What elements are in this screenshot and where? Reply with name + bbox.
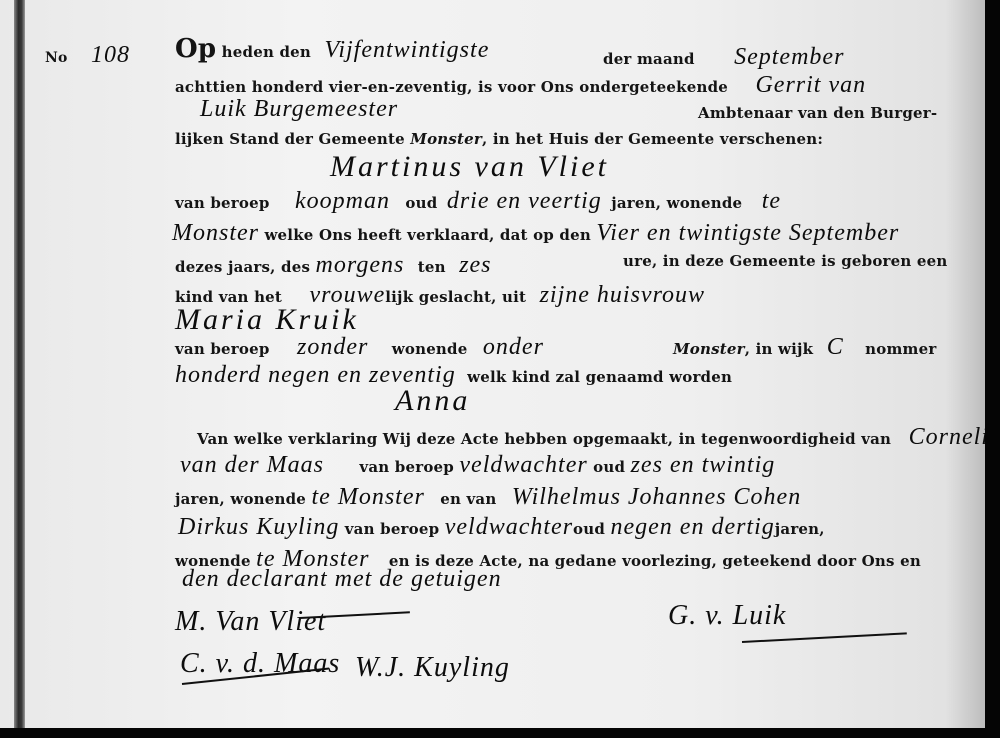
closing-handwritten: den declarant met de getuigen (182, 566, 502, 592)
declarant-residence: Monster (172, 220, 259, 246)
signature-official: G. v. Luik (668, 600, 786, 632)
signature-witness2: W.J. Kuyling (355, 652, 510, 684)
printed-text: oud (593, 458, 625, 476)
printed-text: achttien honderd vier-en-zeventig, is vo… (175, 78, 728, 96)
line-8: dezes jaars, des morgens ten zes (175, 252, 492, 279)
birth-date: Vier en twintigste September (596, 220, 899, 246)
printed-text: jaren, (775, 520, 825, 538)
time-of-day: morgens (316, 252, 405, 278)
printed-text: welke Ons heeft verklaard, dat op den (264, 226, 591, 244)
line-2: achttien honderd vier-en-zeventig, is vo… (175, 72, 866, 99)
printed-text: lijk geslacht, uit (385, 288, 526, 306)
printed-text: der maand (603, 50, 695, 68)
child-name: Anna (395, 384, 470, 417)
printed-text: , in het Huis der Gemeente verschenen: (482, 130, 823, 148)
official-name-1: Gerrit van (755, 72, 866, 98)
line-10: Maria Kruik (175, 303, 359, 337)
te-handwritten: te (762, 188, 781, 214)
printed-text: welk kind zal genaamd worden (467, 368, 732, 386)
declarant-age: drie en veertig (447, 188, 602, 214)
printed-text: wonende (392, 340, 468, 358)
mother-name: Maria Kruik (175, 303, 359, 336)
printed-text: Ambtenaar van den Burger- (698, 104, 937, 122)
printed-text: en van (440, 490, 496, 508)
printed-text: oud (573, 520, 605, 538)
line-19: den declarant met de getuigen (182, 566, 502, 593)
signature-declarant: M. Van Vliet (175, 606, 326, 638)
municipality-printed: Monster (673, 340, 745, 358)
declarant-occupation: koopman (295, 188, 390, 214)
line-3-text: Ambtenaar van den Burger- (698, 104, 937, 122)
printed-text: ten (418, 258, 446, 276)
line-5: Martinus van Vliet (330, 150, 609, 184)
printed-text: van beroep (345, 520, 440, 538)
line-6: van beroep koopman oud drie en veertig j… (175, 188, 781, 215)
printed-text: heden den (222, 43, 311, 61)
declarant-name: Martinus van Vliet (330, 150, 609, 183)
printed-text: nommer (865, 340, 936, 358)
printed-text: lijken Stand der Gemeente (175, 130, 405, 148)
witness2-firstnames: Wilhelmus Johannes Cohen (512, 484, 801, 510)
line-11-text: Monster, in wijk C nommer (673, 334, 936, 361)
line-11: van beroep zonder wonende onder (175, 334, 544, 361)
witness2-occupation: veldwachter (445, 514, 573, 540)
line-15: van der Maas van beroep veldwachter oud … (180, 452, 775, 479)
witness1-firstname: Cornelis (909, 424, 985, 450)
printed-text: oud (405, 194, 437, 212)
printed-text: van beroep (359, 458, 454, 476)
mother-occupation: zonder (297, 334, 368, 360)
line-7: Monster welke Ons heeft verklaard, dat o… (172, 220, 899, 247)
signature-witness2-text: W.J. Kuyling (355, 652, 510, 683)
line-4: lijken Stand der Gemeente Monster, in he… (175, 130, 823, 148)
printed-text: van beroep (175, 340, 270, 358)
official-name-2: Luik Burgemeester (200, 96, 398, 122)
printed-text: jaren, wonende (611, 194, 742, 212)
witness2-surname: Dirkus Kuyling (178, 514, 339, 540)
witness1-occupation: veldwachter (459, 452, 587, 478)
number-label: No (45, 50, 68, 66)
signature-declarant-text: M. Van Vliet (175, 606, 326, 637)
month-handwritten: September (734, 44, 844, 70)
day-handwritten: Vijfentwintigste (324, 37, 489, 63)
line-3: Luik Burgemeester (200, 96, 398, 123)
witness1-residence: te Monster (312, 484, 425, 510)
binding-edge (14, 0, 25, 728)
witness1-age: zes en twintig (631, 452, 776, 478)
witness2-age: negen en dertig (610, 514, 774, 540)
op-initial: Op (175, 34, 216, 64)
printed-text: ure, in deze Gemeente is geboren een (623, 252, 948, 270)
printed-text: jaren, wonende (175, 490, 306, 508)
line-13: Anna (395, 384, 470, 418)
witness1-surname: van der Maas (180, 452, 324, 478)
line-17: Dirkus Kuyling van beroep veldwachteroud… (178, 514, 825, 541)
line-1: No 108 (45, 42, 130, 69)
printed-text: , in wijk (745, 340, 814, 358)
relation-mother: zijne huisvrouw (540, 282, 705, 308)
printed-text: dezes jaars, des (175, 258, 310, 276)
signature-underline-official (742, 632, 907, 643)
line-16: jaren, wonende te Monster en van Wilhelm… (175, 484, 801, 511)
birth-hour: zes (459, 252, 491, 278)
printed-text: Van welke verklaring Wij deze Acte hebbe… (197, 430, 891, 448)
document-page: No 108 Op heden den Vijfentwintigste der… (0, 0, 985, 728)
municipality-printed: Monster (410, 130, 482, 148)
scan-border-bottom (0, 728, 1000, 738)
printed-text: van beroep (175, 194, 270, 212)
wijk-letter: C (827, 334, 844, 360)
line-1-text: Op heden den Vijfentwintigste (175, 34, 489, 64)
line-1-month: der maand September (603, 44, 844, 71)
residence-prefix: onder (483, 334, 544, 360)
line-14: Van welke verklaring Wij deze Acte hebbe… (197, 424, 985, 451)
record-number: 108 (91, 42, 130, 68)
scan-border-right (985, 0, 1000, 738)
line-8-text: ure, in deze Gemeente is geboren een (623, 252, 948, 270)
signature-official-text: G. v. Luik (668, 600, 786, 631)
